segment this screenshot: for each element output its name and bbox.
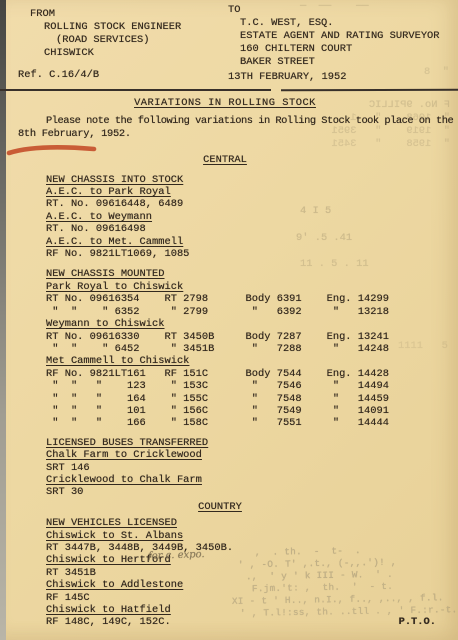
from-line: ROLLING STOCK ENGINEER	[44, 21, 181, 33]
route-heading: A.E.C. to Weymann	[46, 211, 450, 223]
section-heading-country: COUNTRY	[0, 501, 440, 513]
stock-detail-line: SRT 146	[46, 462, 450, 474]
to-line: ESTATE AGENT AND RATING SURVEYOR	[240, 30, 440, 42]
stock-detail-line: RF 145C	[46, 592, 450, 604]
stock-detail-line: RF 148C, 149C, 152C.	[46, 616, 450, 628]
stock-detail-line: RF No. 9821LT1069, 1085	[46, 248, 450, 260]
route-heading: Met Cammell to Chiswick	[46, 355, 450, 367]
table-row: " " " 6352 " 2799 " 6392 " 13218	[46, 306, 450, 318]
letter-date: 13TH FEBRUARY, 1952	[228, 71, 346, 83]
route-heading: Chiswick to Hertford	[46, 554, 450, 566]
table-row: " " " 123 " 153C " 7546 " 14494	[46, 380, 450, 392]
to-label: TO	[228, 4, 240, 16]
bleed-through-text: 8 " 8	[424, 66, 458, 78]
divider-rule	[281, 89, 458, 92]
route-heading: Chalk Farm to Cricklewood	[46, 449, 450, 461]
pto-label: P.T.O.	[399, 616, 436, 628]
table-row: " " " 6452 " 3451B " 7288 " 14248	[46, 343, 450, 355]
table-row: RT No. 09616330 RT 3450B Body 7287 Eng. …	[46, 331, 450, 343]
route-heading: Chiswick to St. Albans	[46, 530, 450, 542]
stock-detail-line: RT. No. 09616498	[46, 223, 450, 235]
table-row: " " " 101 " 156C " 7549 " 14091	[46, 405, 450, 417]
route-heading: A.E.C. to Park Royal	[46, 186, 450, 198]
route-heading: Weymann to Chiswick	[46, 318, 450, 330]
table-row: RT No. 09616354 RT 2798 Body 6391 Eng. 1…	[46, 293, 450, 305]
route-heading: Chiswick to Addlestone	[46, 579, 450, 591]
subsection-heading: NEW CHASSIS INTO STOCK	[46, 174, 450, 186]
route-heading: Chiswick to Hatfield	[46, 604, 450, 616]
stock-detail-line: SRT 30	[46, 486, 450, 498]
subsection-heading: LICENSED BUSES TRANSFERRED	[46, 437, 450, 449]
table-row: " " " 166 " 158C " 7551 " 14444	[46, 417, 450, 429]
red-pen-mark	[6, 143, 98, 157]
intro-paragraph-line: 8th February, 1952.	[18, 128, 450, 140]
subsection-heading: NEW VEHICLES LICENSED	[46, 517, 450, 529]
from-line: (ROAD SERVICES)	[56, 34, 150, 46]
reference-number: Ref. C.16/4/B	[18, 69, 99, 81]
to-line: 160 CHILTERN COURT	[240, 43, 352, 55]
route-heading: A.E.C. to Met. Cammell	[46, 236, 450, 248]
document-body: VARIATIONS IN ROLLING STOCK Please note …	[0, 97, 458, 629]
subsection-heading: NEW CHASSIS MOUNTED	[46, 268, 450, 280]
to-line: T.C. WEST, ESQ.	[240, 17, 334, 29]
route-heading: Cricklewood to Chalk Farm	[46, 474, 450, 486]
stock-detail-line: RT 3447B, 3448B, 3449B, 3450B.	[46, 542, 450, 554]
route-heading: Park Royal to Chiswick	[46, 281, 450, 293]
to-line: BAKER STREET	[240, 56, 315, 68]
document-page: FROM ROLLING STOCK ENGINEER (ROAD SERVIC…	[0, 0, 458, 640]
table-row: " " " 164 " 155C " 7548 " 14459	[46, 393, 450, 405]
document-title: VARIATIONS IN ROLLING STOCK	[0, 97, 450, 109]
stock-detail-line: RT. No. 09616448, 6489	[46, 198, 450, 210]
intro-paragraph-line: Please note the following variations in …	[46, 115, 450, 127]
table-row: RF No. 9821LT161 RF 151C Body 7544 Eng. …	[46, 368, 450, 380]
handwritten-note: for c. expo.	[148, 549, 205, 563]
from-label: FROM	[30, 8, 55, 20]
from-line: CHISWICK	[44, 47, 94, 59]
stock-detail-line: RT 3451B	[46, 567, 450, 579]
bleed-through-text: — —— ——	[300, 0, 369, 12]
divider-rule	[0, 89, 271, 91]
